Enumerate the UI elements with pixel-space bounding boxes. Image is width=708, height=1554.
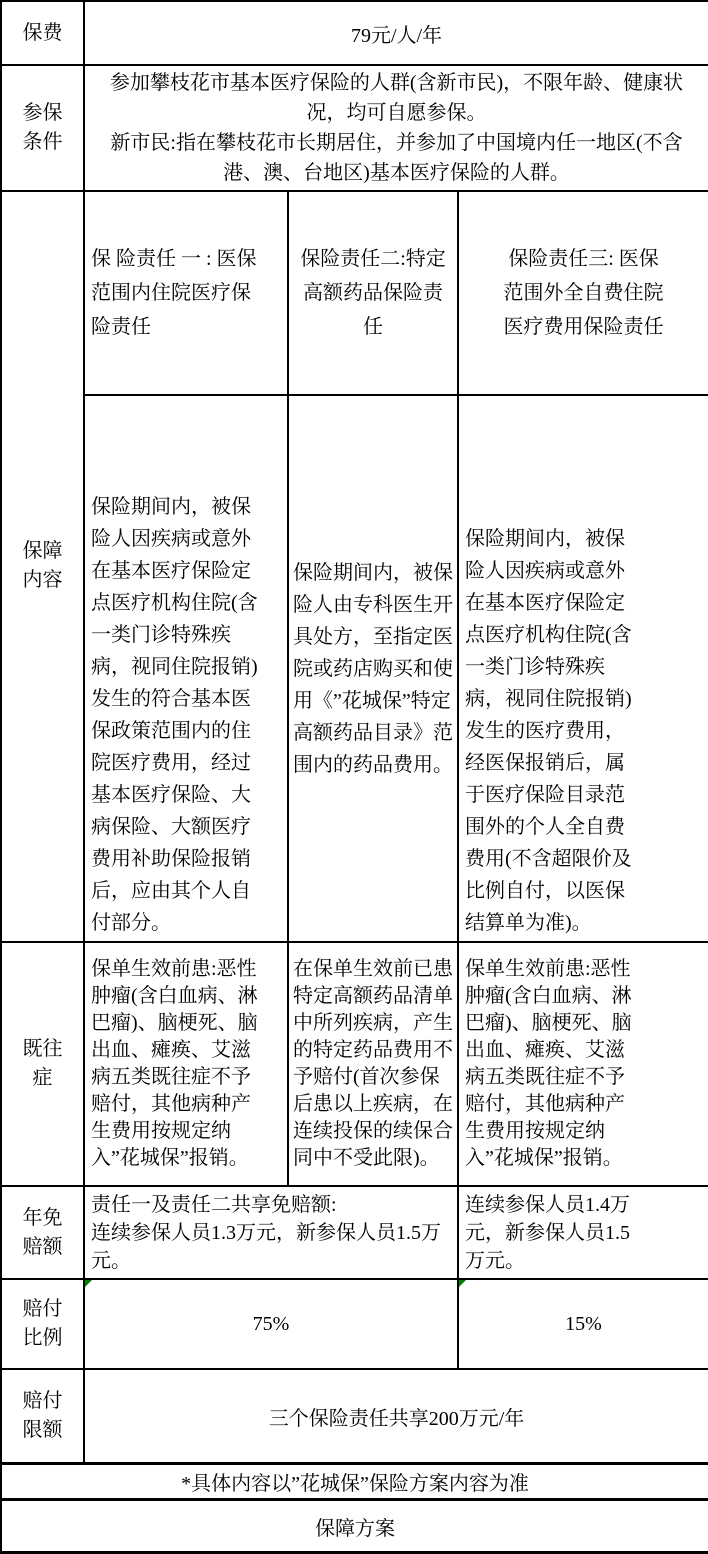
coverage-label: 保障内容 xyxy=(22,537,63,595)
deductible-label: 年免赔额 xyxy=(22,1204,63,1262)
deductible-third: 连续参保人员1.4万元，新参保人员1.5万元。 xyxy=(465,1191,637,1275)
preexisting-1-cell: 保单生效前患:恶性肿瘤(含白血病、淋巴瘤)、脑梗死、脑出血、瘫痪、艾滋病五类既往… xyxy=(84,942,288,1186)
plan-title-row: 保障方案 xyxy=(1,1500,708,1553)
payout-ratio-label: 赔付比例 xyxy=(22,1295,63,1353)
payout-limit-label: 赔付限额 xyxy=(22,1387,63,1445)
coverage-title-row: 保障内容 保 险责任 一 : 医保 范围内住院医疗保 险责任 保险责任二:特定 … xyxy=(1,191,708,395)
coverage-detail-3: 保险期间内，被保险人因疾病或意外在基本医疗保险定点医疗机构住院(含一类门诊特殊疾… xyxy=(465,523,637,939)
payout-limit-value-cell: 三个保险责任共享200万元/年 xyxy=(84,1369,708,1464)
deductible-combined-cell: 责任一及责任二共享免赔额: 连续参保人员1.3万元，新参保人员1.5万元。 xyxy=(84,1186,458,1279)
deductible-label-cell: 年免赔额 xyxy=(1,1186,84,1279)
eligibility-row: 参保条件 参加攀枝花市基本医疗保险的人群(含新市民)，不限年龄、健康状况，均可自… xyxy=(1,65,708,191)
coverage-detail-2-cell: 保险期间内，被保险人由专科医生开具处方，至指定医院或药店购买和使用《”花城保”特… xyxy=(288,395,458,942)
deductible-third-cell: 连续参保人员1.4万元，新参保人员1.5万元。 xyxy=(458,1186,708,1279)
deductible-combined-line: 责任一及责任二共享免赔额: xyxy=(91,1191,451,1219)
insurance-benefits-table: 保费 79元/人/年 参保条件 参加攀枝花市基本医疗保险的人群(含新市民)，不限… xyxy=(0,0,708,1554)
payout-ratio-row: 赔付比例 75% 15% xyxy=(1,1279,708,1369)
coverage-title-1-cell: 保 险责任 一 : 医保 范围内住院医疗保 险责任 xyxy=(84,191,288,395)
premium-label: 保费 xyxy=(22,19,63,48)
coverage-detail-1-cell: 保险期间内，被保险人因疾病或意外在基本医疗保险定点医疗机构住院(含一类门诊特殊疾… xyxy=(84,395,288,942)
cell-error-indicator-icon xyxy=(85,1280,92,1287)
payout-ratio-third-cell: 15% xyxy=(458,1279,708,1369)
deductible-combined-line: 连续参保人员1.3万元，新参保人员1.5万元。 xyxy=(91,1219,451,1275)
plan-title-cell: 保障方案 xyxy=(1,1500,708,1553)
footnote-cell: *具体内容以”花城保”保险方案内容为准 xyxy=(1,1464,708,1500)
preexisting-row: 既往症 保单生效前患:恶性肿瘤(含白血病、淋巴瘤)、脑梗死、脑出血、瘫痪、艾滋病… xyxy=(1,942,708,1186)
premium-value-cell: 79元/人/年 xyxy=(84,1,708,65)
payout-ratio-third-value: 15% xyxy=(565,1313,602,1335)
eligibility-label-cell: 参保条件 xyxy=(1,65,84,191)
footnote-row: *具体内容以”花城保”保险方案内容为准 xyxy=(1,1464,708,1500)
coverage-title-2-cell: 保险责任二:特定 高额药品保险责任 xyxy=(288,191,458,395)
preexisting-2-cell: 在保单生效前已患特定高额药品清单中所列疾病，产生的特定药品费用不予赔付(首次参保… xyxy=(288,942,458,1186)
preexisting-1: 保单生效前患:恶性肿瘤(含白血病、淋巴瘤)、脑梗死、脑出血、瘫痪、艾滋病五类既往… xyxy=(91,956,263,1172)
preexisting-3: 保单生效前患:恶性肿瘤(含白血病、淋巴瘤)、脑梗死、脑出血、瘫痪、艾滋病五类既往… xyxy=(465,956,637,1172)
payout-limit-row: 赔付限额 三个保险责任共享200万元/年 xyxy=(1,1369,708,1464)
coverage-detail-row: 保险期间内，被保险人因疾病或意外在基本医疗保险定点医疗机构住院(含一类门诊特殊疾… xyxy=(1,395,708,942)
coverage-label-cell: 保障内容 xyxy=(1,191,84,942)
payout-ratio-combined-value: 75% xyxy=(253,1313,290,1335)
eligibility-label: 参保条件 xyxy=(22,99,63,157)
payout-ratio-combined-cell: 75% xyxy=(84,1279,458,1369)
eligibility-value-cell: 参加攀枝花市基本医疗保险的人群(含新市民)，不限年龄、健康状况，均可自愿参保。 … xyxy=(84,65,708,191)
payout-ratio-label-cell: 赔付比例 xyxy=(1,1279,84,1369)
coverage-detail-1: 保险期间内，被保险人因疾病或意外在基本医疗保险定点医疗机构住院(含一类门诊特殊疾… xyxy=(91,491,263,939)
coverage-detail-3-cell: 保险期间内，被保险人因疾病或意外在基本医疗保险定点医疗机构住院(含一类门诊特殊疾… xyxy=(458,395,708,942)
coverage-title-3-cell: 保险责任三: 医保 范围外全自费住院 医疗费用保险责任 xyxy=(458,191,708,395)
premium-label-cell: 保费 xyxy=(1,1,84,65)
eligibility-paragraph: 新市民:指在攀枝花市长期居住，并参加了中国境内任一地区(不含港、澳、台地区)基本… xyxy=(91,128,702,188)
payout-limit-label-cell: 赔付限额 xyxy=(1,1369,84,1464)
cell-error-indicator-icon xyxy=(459,1280,466,1287)
premium-row: 保费 79元/人/年 xyxy=(1,1,708,65)
preexisting-label-cell: 既往症 xyxy=(1,942,84,1186)
deductible-row: 年免赔额 责任一及责任二共享免赔额: 连续参保人员1.3万元，新参保人员1.5万… xyxy=(1,1186,708,1279)
eligibility-paragraph: 参加攀枝花市基本医疗保险的人群(含新市民)，不限年龄、健康状况，均可自愿参保。 xyxy=(91,68,702,128)
preexisting-label: 既往症 xyxy=(22,1035,63,1093)
preexisting-3-cell: 保单生效前患:恶性肿瘤(含白血病、淋巴瘤)、脑梗死、脑出血、瘫痪、艾滋病五类既往… xyxy=(458,942,708,1186)
